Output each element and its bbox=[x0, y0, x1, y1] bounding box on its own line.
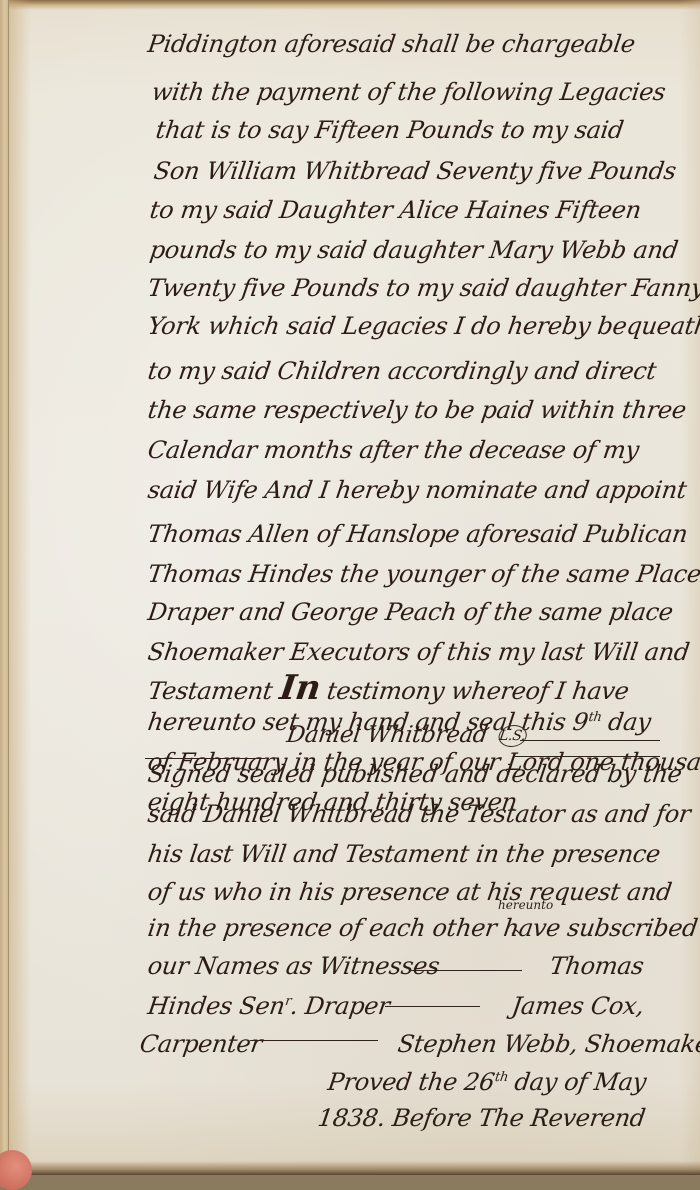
line-filler-rule bbox=[385, 1006, 480, 1007]
signature-rule-left bbox=[145, 758, 265, 759]
text-line: with the payment of the following Legaci… bbox=[150, 78, 667, 106]
text-line: Piddington aforesaid shall be chargeable bbox=[146, 30, 637, 58]
text-line: our Names as Witnesses bbox=[146, 952, 441, 980]
interlinear-insertion: hereunto bbox=[498, 898, 553, 912]
line-filler-rule bbox=[520, 740, 660, 741]
text-line: Signed sealed published and declared by … bbox=[146, 760, 684, 788]
text-line: Draper and George Peach of the same plac… bbox=[146, 598, 675, 626]
page-top-edge bbox=[0, 0, 700, 10]
text-line: Twenty five Pounds to my said daughter F… bbox=[146, 274, 700, 302]
text-line: to my said Children accordingly and dire… bbox=[146, 357, 658, 385]
document-page: Piddington aforesaid shall be chargeable… bbox=[0, 0, 700, 1175]
book-gutter bbox=[0, 0, 9, 1175]
page-bottom-edge bbox=[0, 1161, 700, 1175]
probate-line: Proved the 26th day of May bbox=[326, 1068, 648, 1096]
text-line: said Daniel Whitbread the Testator as an… bbox=[146, 800, 692, 828]
signature-name: Daniel Whitbread bbox=[285, 722, 489, 748]
witness-name: James Cox, bbox=[510, 992, 646, 1020]
line-filler-rule bbox=[250, 1040, 378, 1041]
text-line: his last Will and Testament in the prese… bbox=[146, 840, 662, 868]
text-line: Testament In testimony whereof I have bbox=[146, 668, 632, 708]
text-line: Hindes Senr. Draper bbox=[146, 992, 391, 1020]
witness-name: Thomas bbox=[548, 952, 645, 980]
text-segment: Hindes Sen bbox=[146, 992, 287, 1020]
line-filler-rule bbox=[410, 970, 522, 971]
text-line: the same respectively to be paid within … bbox=[146, 396, 688, 424]
probate-line: 1838. Before The Reverend bbox=[316, 1104, 647, 1132]
emphasized-word: In bbox=[277, 668, 323, 708]
page-edge-stain bbox=[9, 0, 31, 1175]
text-line: of us who in his presence at his request… bbox=[146, 878, 673, 906]
text-line: Carpenter bbox=[138, 1030, 264, 1058]
text-line: pounds to my said daughter Mary Webb and bbox=[148, 236, 680, 264]
text-line: to my said Daughter Alice Haines Fifteen bbox=[148, 196, 643, 224]
text-word: testimony whereof I have bbox=[325, 677, 631, 705]
text-segment: day bbox=[599, 708, 653, 736]
text-line: said Wife And I hereby nominate and appo… bbox=[146, 476, 688, 504]
witness-name: Stephen Webb, Shoemaker bbox=[396, 1030, 700, 1058]
text-segment: day of May bbox=[505, 1068, 648, 1096]
signature-rule-right bbox=[515, 756, 660, 757]
text-line: that is to say Fifteen Pounds to my said bbox=[154, 116, 625, 144]
text-line: Son William Whitbread Seventy five Pound… bbox=[152, 157, 678, 185]
testator-signature: Daniel Whitbread L.S. bbox=[285, 722, 528, 748]
text-line: Thomas Hindes the younger of the same Pl… bbox=[146, 560, 700, 588]
text-segment: Proved the 26 bbox=[326, 1068, 496, 1096]
text-line: Shoemaker Executors of this my last Will… bbox=[146, 638, 691, 666]
seal-mark: L.S. bbox=[497, 725, 528, 747]
insertion-caret: ^ bbox=[510, 928, 522, 944]
text-line: in the presence of each other have subsc… bbox=[146, 914, 699, 942]
text-word: Testament bbox=[146, 677, 274, 705]
text-line: Calendar months after the decease of my bbox=[146, 436, 641, 464]
text-line: Thomas Allen of Hanslope aforesaid Publi… bbox=[146, 520, 689, 548]
text-line: York which said Legacies I do hereby beq… bbox=[146, 312, 700, 340]
text-segment: . Draper bbox=[289, 992, 392, 1020]
